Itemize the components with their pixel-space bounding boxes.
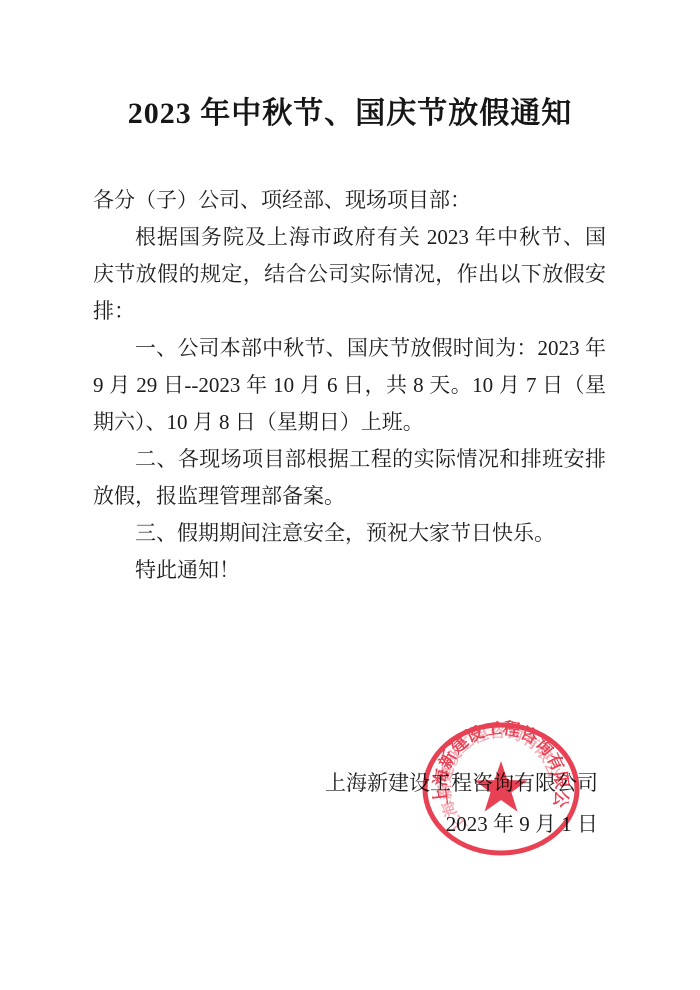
paragraph-item-3: 三、假期期间注意安全，预祝大家节日快乐。 — [93, 515, 606, 552]
document-page: 2023 年中秋节、国庆节放假通知 各分（子）公司、项经部、现场项目部： 根据国… — [0, 0, 700, 990]
salutation-line: 各分（子）公司、项经部、现场项目部： — [93, 182, 606, 219]
signature-block: 上海新建设工程咨询有限公司 2023 年 9 月 1 日 — [325, 763, 598, 845]
document-body: 各分（子）公司、项经部、现场项目部： 根据国务院及上海市政府有关 2023 年中… — [0, 182, 700, 589]
paragraph-item-2: 二、各现场项目部根据工程的实际情况和排班安排放假，报监理管理部备案。 — [93, 441, 606, 515]
paragraph-item-1: 一、公司本部中秋节、国庆节放假时间为：2023 年 9 月 29 日--2023… — [93, 330, 606, 441]
paragraph-intro: 根据国务院及上海市政府有关 2023 年中秋节、国庆节放假的规定，结合公司实际情… — [93, 219, 606, 330]
signature-company: 上海新建设工程咨询有限公司 — [325, 763, 598, 804]
signature-date: 2023 年 9 月 1 日 — [325, 804, 598, 845]
closing-line: 特此通知！ — [93, 552, 606, 589]
document-title: 2023 年中秋节、国庆节放假通知 — [0, 88, 700, 132]
